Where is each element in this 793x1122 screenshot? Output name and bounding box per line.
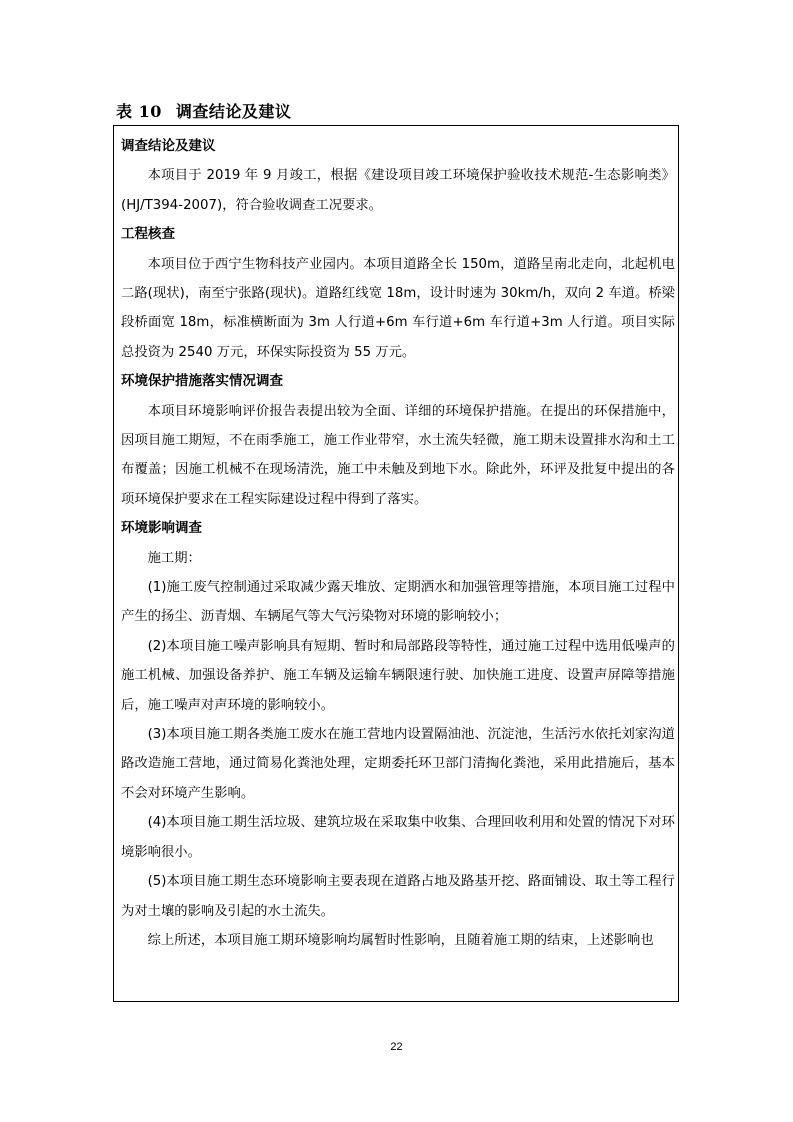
section-title-conclusion: 调查结论及建议 <box>121 132 675 161</box>
paragraph: 本项目环境影响评价报告表提出较为全面、详细的环境保护措施。在提出的环保措施中，因… <box>121 397 675 515</box>
section-title-impact-survey: 环境影响调查 <box>121 514 675 543</box>
page-number: 22 <box>0 1041 793 1053</box>
paragraph-item-5: (5)本项目施工期生态环境影响主要表现在道路占地及路基开挖、路面铺设、取土等工程… <box>121 867 675 926</box>
paragraph-summary: 综上所述，本项目施工期环境影响均属暂时性影响，且随着施工期的结束，上述影响也 <box>121 926 675 955</box>
table-cell-content: 调查结论及建议 本项目于 2019 年 9 月竣工，根据《建设项目竣工环境保护验… <box>114 126 675 955</box>
paragraph-item-2: (2)本项目施工噪声影响具有短期、暂时和局部路段等特性，通过施工过程中选用低噪声… <box>121 632 675 720</box>
table-heading: 表 10调查结论及建议 <box>116 99 291 122</box>
paragraph-item-3: (3)本项目施工期各类施工废水在施工营地内设置隔油池、沉淀池，生活污水依托刘家沟… <box>121 720 675 808</box>
paragraph: 本项目于 2019 年 9 月竣工，根据《建设项目竣工环境保护验收技术规范-生态… <box>121 161 675 220</box>
section-title-protection-measures: 环境保护措施落实情况调查 <box>121 367 675 396</box>
table-title: 调查结论及建议 <box>176 102 292 121</box>
section-title-project-check: 工程核查 <box>121 220 675 249</box>
paragraph: 本项目位于西宁生物科技产业园内。本项目道路全长 150m，道路呈南北走向，北起机… <box>121 250 675 368</box>
paragraph-item-4: (4)本项目施工期生活垃圾、建筑垃圾在采取集中收集、合理回收利用和处置的情况下对… <box>121 808 675 867</box>
table-number: 表 10 <box>116 102 162 121</box>
paragraph-item-1: (1)施工废气控制通过采取减少露天堆放、定期洒水和加强管理等措施，本项目施工过程… <box>121 573 675 632</box>
conclusion-table: 调查结论及建议 本项目于 2019 年 9 月竣工，根据《建设项目竣工环境保护验… <box>113 125 679 1002</box>
paragraph-construction-period: 施工期： <box>121 544 675 573</box>
